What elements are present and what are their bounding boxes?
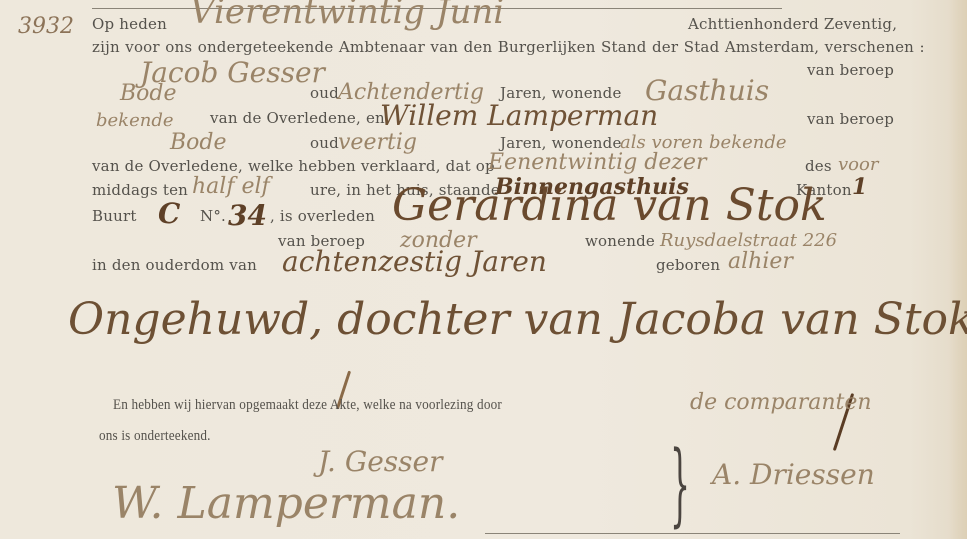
- hand-hour: half elf: [192, 174, 270, 199]
- printed-line2: zijn voor ons ondergeteekende Ambtenaar …: [92, 38, 925, 56]
- document-page: 3932 Op heden Vierentwintig Juni Achttie…: [0, 0, 967, 539]
- printed-is-overleden: , is overleden: [270, 207, 375, 225]
- record-number: 3932: [18, 14, 74, 39]
- printed-no: N°.: [200, 207, 226, 225]
- hand-deceased-name: Gerardina van Stok: [392, 180, 827, 231]
- page-edge: [949, 0, 967, 539]
- hand-read-by: de comparanten: [690, 390, 872, 415]
- hand-death-date: Eenentwintig dezer: [488, 150, 707, 175]
- printed-geboren: geboren: [656, 256, 720, 274]
- printed-van-de-overledene-en: van de Overledene, en: [210, 109, 385, 127]
- printed-closing-2: ons is onderteekend.: [99, 428, 211, 445]
- hand-declarant2-name: Willem Lamperman: [380, 99, 658, 132]
- signature-brace: }: [670, 440, 690, 530]
- hand-age: achtenzestig Jaren: [282, 245, 547, 278]
- signature-official: A. Driessen: [712, 458, 875, 491]
- signature-declarant1: J. Gesser: [318, 445, 442, 478]
- hand-birthplace: alhier: [728, 249, 793, 274]
- printed-van-beroep-1: van beroep: [807, 61, 894, 79]
- hand-buurt-letter: C: [158, 197, 180, 230]
- printed-op-heden: Op heden: [92, 15, 167, 33]
- printed-oud-1: oud: [310, 84, 339, 102]
- printed-van-beroep-2: van beroep: [807, 110, 894, 128]
- hand-deceased-residence: Ruysdaelstraat 226: [660, 230, 837, 251]
- printed-year: Achttienhonderd Zeventig,: [688, 15, 897, 33]
- printed-ouderdom: in den ouderdom van: [92, 256, 257, 274]
- hand-des-time: voor: [838, 154, 878, 175]
- hand-declarant1-relation: bekende: [96, 110, 174, 131]
- bottom-rule: [485, 533, 900, 534]
- printed-buurt: Buurt: [92, 207, 137, 225]
- hand-declarant1-residence: Gasthuis: [645, 74, 769, 107]
- printed-verklaard: van de Overledene, welke hebben verklaar…: [92, 157, 495, 175]
- hand-declarant1-occupation: Bode: [120, 81, 177, 106]
- printed-wonende: wonende: [585, 232, 655, 250]
- hand-date: Vierentwintig Juni: [190, 0, 504, 32]
- hand-marital-parent: Ongehuwd, dochter van Jacoba van Stok: [68, 294, 967, 345]
- printed-des: des: [805, 157, 832, 175]
- printed-closing-1: En hebben wij hiervan opgemaakt deze Akt…: [113, 397, 502, 414]
- printed-oud-2: oud: [310, 134, 339, 152]
- hand-house-no: 34: [228, 199, 267, 232]
- hand-declarant2-occupation: Bode: [170, 130, 227, 155]
- hand-kanton-no: 1: [852, 174, 867, 200]
- signature-declarant2: W. Lamperman.: [112, 478, 460, 529]
- hand-declarant2-age: veertig: [338, 130, 417, 155]
